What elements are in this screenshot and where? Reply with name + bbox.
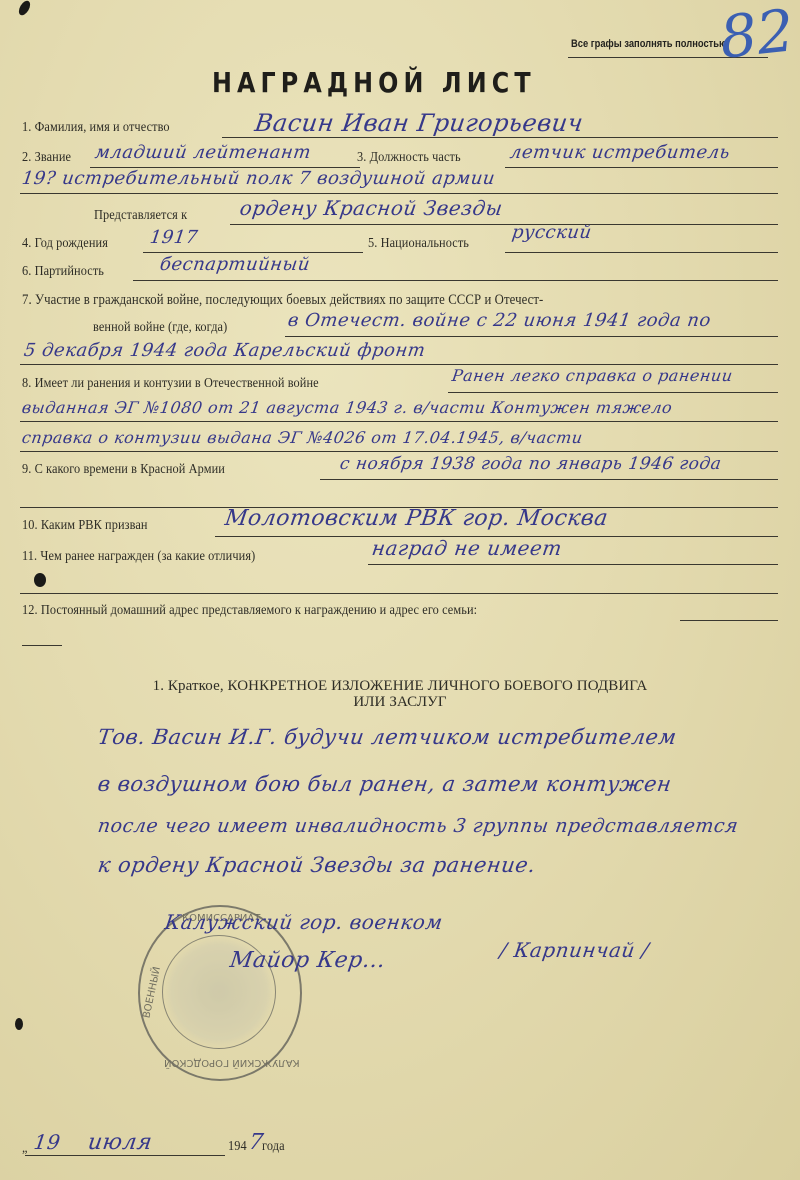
story-line-2: в воздушном бою был ранен, а затем конту…	[96, 772, 673, 796]
field-7-rule-1	[285, 336, 778, 337]
story-line-3: после чего имеет инвалидность 3 группы п…	[96, 815, 739, 837]
field-9-value: с ноября 1938 года по январь 1946 года	[339, 454, 723, 474]
date-day: 19	[32, 1130, 62, 1154]
seal-bottom-text: КАЛУЖСКИЙ ГОРОДСКОЙ	[164, 1057, 300, 1068]
field-6-value: беспартийный	[159, 254, 312, 275]
signature-suffix: / Карпинчай /	[498, 938, 650, 962]
presented-value: ордену Красной Звезды	[238, 196, 504, 220]
field-8-rule-1	[448, 392, 778, 393]
field-6-label: 6. Партийность	[22, 264, 104, 280]
field-8-value-1: Ранен легко справка о ранении	[451, 366, 734, 385]
story-line-4: к ордену Красной Звезды за ранение.	[96, 853, 537, 877]
field-3-value-continued: 19? истребительный полк 7 воздушной арми…	[21, 168, 497, 189]
field-7-label-2: венной войне (где, когда)	[93, 320, 227, 336]
presented-rule	[230, 224, 778, 225]
field-4-value: 1917	[149, 227, 200, 248]
field-9-label: 9. С какого времени в Красной Армии	[22, 462, 225, 478]
field-12-rule-2	[22, 645, 62, 646]
field-9-rule	[320, 479, 778, 480]
field-8-value-2: выданная ЭГ №1080 от 21 августа 1943 г. …	[21, 398, 674, 417]
top-note: Все графы заполнять полностью	[571, 38, 727, 50]
seal-left-text: ВОЕННЫЙ	[141, 966, 163, 1020]
field-4-label: 4. Год рождения	[22, 236, 108, 252]
signature-name: Майор Кер...	[228, 948, 387, 973]
story-line-1: Тов. Васин И.Г. будучи летчиком истребит…	[96, 725, 678, 749]
section-heading-line-1: 1. Краткое, КОНКРЕТНОЕ ИЗЛОЖЕНИЕ ЛИЧНОГО…	[0, 678, 800, 695]
field-11-value: наград не имеет	[370, 536, 563, 560]
date-year-prefix: 194	[228, 1139, 247, 1155]
field-5-value: русский	[511, 222, 594, 243]
field-4-rule	[143, 252, 363, 253]
field-8-rule-2	[20, 421, 778, 422]
sheet-number: 82	[717, 0, 798, 72]
field-2-value: младший лейтенант	[94, 142, 313, 163]
field-11-label: 11. Чем ранее награжден (за какие отличи…	[22, 549, 255, 565]
punch-hole-top	[17, 0, 33, 17]
field-5-label: 5. Национальность	[368, 236, 469, 252]
field-3-label: 3. Должность часть	[357, 150, 461, 166]
presented-label: Представляется к	[94, 208, 187, 224]
field-3-value: летчик истребитель	[509, 142, 732, 163]
field-3-rule	[505, 167, 778, 168]
field-1-value: Васин Иван Григорьевич	[253, 109, 585, 137]
field-8-rule-3	[20, 451, 778, 452]
punch-hole-middle	[34, 573, 46, 587]
field-8-label: 8. Имеет ли ранения и контузии в Отечест…	[22, 376, 319, 392]
field-12-rule	[680, 620, 778, 621]
signature-title: Калужский гор. военком	[163, 910, 444, 934]
field-1-label: 1. Фамилия, имя и отчество	[22, 120, 170, 136]
field-7-label-1: 7. Участие в гражданской войне, последую…	[22, 292, 543, 309]
field-10-label: 10. Каким РВК призван	[22, 518, 148, 534]
date-rule	[25, 1155, 225, 1156]
field-7-value-1: в Отечест. войне с 22 июня 1941 года по	[287, 310, 713, 331]
punch-hole-bottom	[15, 1018, 23, 1030]
field-7-value-2: 5 декабря 1944 года Карельский фронт	[23, 340, 427, 361]
document-title: НАГРАДНОЙ ЛИСТ	[212, 66, 536, 99]
field-7-rule-2	[20, 364, 778, 365]
section-heading-line-2: ИЛИ ЗАСЛУГ	[0, 694, 800, 711]
field-10-value: Молотовским РВК гор. Москва	[223, 506, 609, 531]
field-1-rule	[222, 137, 778, 138]
field-3-rule-2	[20, 193, 778, 194]
award-sheet-page: Все графы заполнять полностью 82 НАГРАДН…	[0, 0, 800, 1180]
field-11-rule	[368, 564, 778, 565]
field-8-value-3: справка о контузии выдана ЭГ №4026 от 17…	[21, 428, 584, 447]
field-12-label: 12. Постоянный домашний адрес представля…	[22, 603, 477, 619]
field-6-rule	[133, 280, 778, 281]
field-5-rule	[505, 252, 778, 253]
date-month: июля	[86, 1130, 154, 1155]
field-2-label: 2. Звание	[22, 150, 71, 166]
date-suffix: года	[262, 1139, 285, 1155]
field-11-rule-2	[20, 593, 778, 594]
